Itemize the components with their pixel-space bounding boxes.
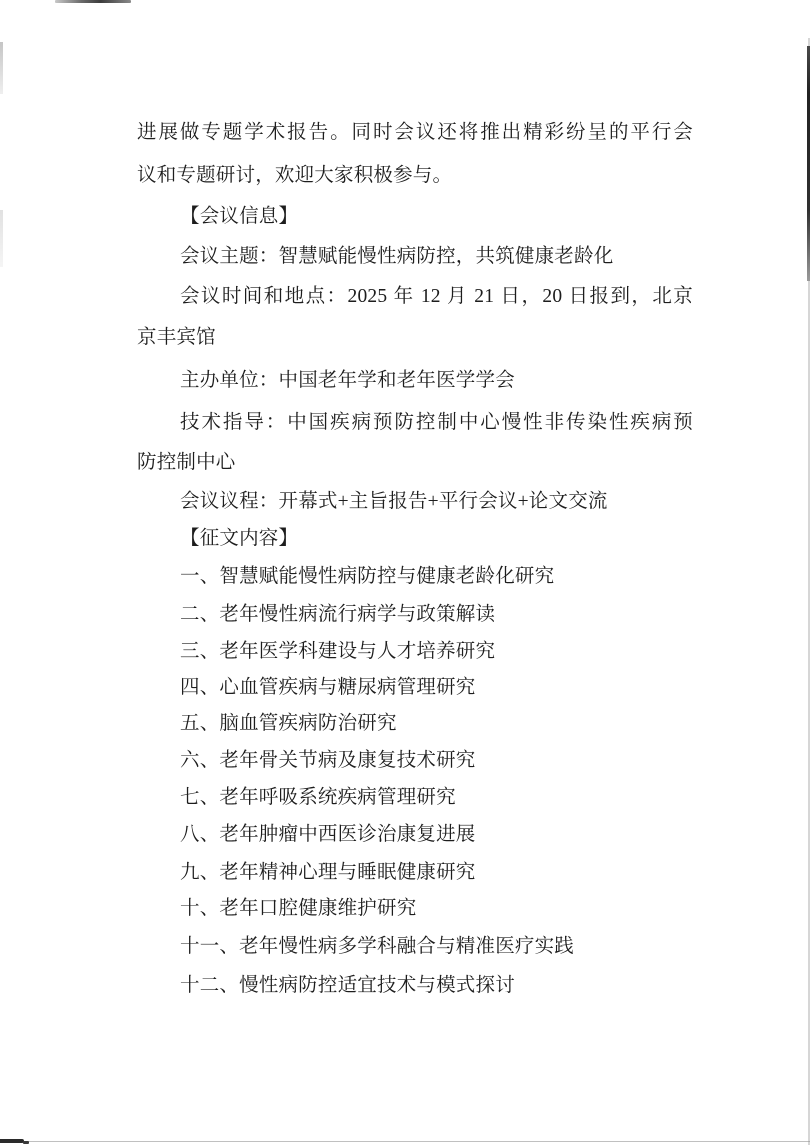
- section-heading-call-for-papers: 【征文内容】: [137, 521, 693, 557]
- topic-item: 八、老年肿瘤中西医诊治康复进展: [137, 816, 693, 854]
- scan-bottom-corner-dot: [23, 1141, 29, 1144]
- scanned-page: 进展做专题学术报告。同时会议还将推出精彩纷呈的平行会 议和专题研讨，欢迎大家积极…: [0, 0, 810, 1145]
- scan-bottom-corner-mark: [0, 1139, 24, 1143]
- scan-mark-left-lower: [0, 210, 3, 267]
- intro-paragraph-line-2: 议和专题研讨，欢迎大家积极参与。: [137, 155, 693, 196]
- topic-item: 五、脑血管疾病防治研究: [137, 706, 693, 742]
- technical-guidance-line-1: 技术指导：中国疾病预防控制中心慢性非传染性疾病预: [137, 402, 693, 443]
- topic-item: 二、老年慢性病流行病学与政策解读: [137, 596, 693, 633]
- topic-item: 十一、老年慢性病多学科融合与精准医疗实践: [137, 927, 693, 966]
- scan-smudge-top: [55, 0, 131, 3]
- section-heading-meeting-info: 【会议信息】: [137, 196, 693, 237]
- topic-item: 九、老年精神心理与睡眠健康研究: [137, 854, 693, 891]
- scan-mark-left-upper: [0, 42, 3, 94]
- agenda-line: 会议议程：开幕式+主旨报告+平行会议+论文交流: [137, 482, 693, 521]
- topic-item: 七、老年呼吸系统疾病管理研究: [137, 779, 693, 816]
- meeting-time-place-line-2: 京丰宾馆: [137, 317, 693, 359]
- topic-item: 六、老年骨关节病及康复技术研究: [137, 742, 693, 779]
- topic-item: 十、老年口腔健康维护研究: [137, 891, 693, 927]
- topic-item: 一、智慧赋能慢性病防控与健康老龄化研究: [137, 557, 693, 596]
- technical-guidance-line-2: 防控制中心: [137, 443, 693, 482]
- organizer-line: 主办单位：中国老年学和老年医学学会: [137, 359, 693, 402]
- topic-item: 四、心血管疾病与糖尿病管理研究: [137, 670, 693, 706]
- intro-paragraph-line-1: 进展做专题学术报告。同时会议还将推出精彩纷呈的平行会: [137, 110, 693, 155]
- meeting-time-place-line-1: 会议时间和地点：2025 年 12 月 21 日，20 日报到，北京: [137, 277, 693, 317]
- topic-item: 十二、慢性病防控适宜技术与模式探讨: [137, 966, 693, 1005]
- meeting-theme-line: 会议主题：智慧赋能慢性病防控，共筑健康老龄化: [137, 237, 693, 277]
- scan-bottom-line: [0, 1141, 810, 1142]
- topic-item: 三、老年医学科建设与人才培养研究: [137, 633, 693, 670]
- document-content: 进展做专题学术报告。同时会议还将推出精彩纷呈的平行会 议和专题研讨，欢迎大家积极…: [137, 110, 693, 1005]
